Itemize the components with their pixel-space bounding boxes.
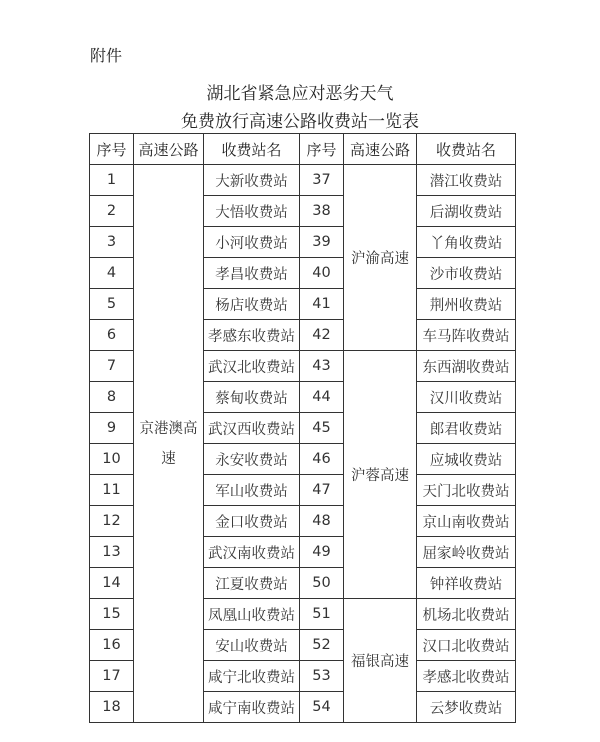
row-number-right: 49 <box>300 537 344 568</box>
document-title-line-1: 湖北省紧急应对恶劣天气 <box>0 79 600 104</box>
attachment-label: 附件 <box>90 43 122 66</box>
table-header-row: 序号 高速公路 收费站名 序号 高速公路 收费站名 <box>90 134 516 165</box>
document-title-line-2: 免费放行高速公路收费站一览表 <box>0 107 600 132</box>
row-number-left: 8 <box>90 382 134 413</box>
station-name-left: 蔡甸收费站 <box>204 382 300 413</box>
header-right-highway: 高速公路 <box>344 134 417 165</box>
row-number-left: 12 <box>90 506 134 537</box>
station-name-right: 云梦收费站 <box>417 692 516 723</box>
station-name-left: 咸宁北收费站 <box>204 661 300 692</box>
row-number-left: 6 <box>90 320 134 351</box>
station-name-right: 沙市收费站 <box>417 258 516 289</box>
station-name-right: 潜江收费站 <box>417 165 516 196</box>
station-name-left: 军山收费站 <box>204 475 300 506</box>
header-left-no: 序号 <box>90 134 134 165</box>
station-name-left: 小河收费站 <box>204 227 300 258</box>
row-number-left: 15 <box>90 599 134 630</box>
row-number-left: 17 <box>90 661 134 692</box>
station-name-right: 汉川收费站 <box>417 382 516 413</box>
row-number-right: 39 <box>300 227 344 258</box>
station-name-left: 咸宁南收费站 <box>204 692 300 723</box>
station-name-left: 孝昌收费站 <box>204 258 300 289</box>
header-left-station: 收费站名 <box>204 134 300 165</box>
station-name-left: 安山收费站 <box>204 630 300 661</box>
row-number-right: 47 <box>300 475 344 506</box>
station-name-right: 丫角收费站 <box>417 227 516 258</box>
row-number-right: 37 <box>300 165 344 196</box>
station-name-right: 应城收费站 <box>417 444 516 475</box>
station-name-left: 杨店收费站 <box>204 289 300 320</box>
row-number-right: 45 <box>300 413 344 444</box>
table-row: 1京港澳高速大新收费站37沪渝高速潜江收费站 <box>90 165 516 196</box>
row-number-right: 53 <box>300 661 344 692</box>
station-name-left: 孝感东收费站 <box>204 320 300 351</box>
row-number-right: 54 <box>300 692 344 723</box>
row-number-right: 40 <box>300 258 344 289</box>
station-name-right: 荆州收费站 <box>417 289 516 320</box>
row-number-right: 38 <box>300 196 344 227</box>
row-number-right: 48 <box>300 506 344 537</box>
station-name-left: 永安收费站 <box>204 444 300 475</box>
station-name-right: 后湖收费站 <box>417 196 516 227</box>
station-name-right: 京山南收费站 <box>417 506 516 537</box>
highway-name-right: 福银高速 <box>344 599 417 723</box>
station-name-right: 钟祥收费站 <box>417 568 516 599</box>
row-number-left: 7 <box>90 351 134 382</box>
row-number-left: 11 <box>90 475 134 506</box>
row-number-right: 50 <box>300 568 344 599</box>
row-number-left: 2 <box>90 196 134 227</box>
row-number-left: 10 <box>90 444 134 475</box>
row-number-left: 3 <box>90 227 134 258</box>
header-right-no: 序号 <box>300 134 344 165</box>
station-name-left: 武汉南收费站 <box>204 537 300 568</box>
station-name-right: 车马阵收费站 <box>417 320 516 351</box>
row-number-left: 9 <box>90 413 134 444</box>
station-name-left: 武汉北收费站 <box>204 351 300 382</box>
header-right-station: 收费站名 <box>417 134 516 165</box>
row-number-left: 4 <box>90 258 134 289</box>
row-number-right: 46 <box>300 444 344 475</box>
row-number-right: 42 <box>300 320 344 351</box>
station-name-right: 汉口北收费站 <box>417 630 516 661</box>
highway-name-right: 沪蓉高速 <box>344 351 417 599</box>
highway-name-left: 京港澳高速 <box>134 165 204 723</box>
row-number-left: 18 <box>90 692 134 723</box>
row-number-right: 51 <box>300 599 344 630</box>
station-name-left: 大悟收费站 <box>204 196 300 227</box>
row-number-left: 13 <box>90 537 134 568</box>
station-name-right: 机场北收费站 <box>417 599 516 630</box>
header-left-highway: 高速公路 <box>134 134 204 165</box>
row-number-left: 1 <box>90 165 134 196</box>
station-name-right: 孝感北收费站 <box>417 661 516 692</box>
toll-station-table: 序号 高速公路 收费站名 序号 高速公路 收费站名 1京港澳高速大新收费站37沪… <box>89 133 516 723</box>
row-number-left: 5 <box>90 289 134 320</box>
station-name-left: 武汉西收费站 <box>204 413 300 444</box>
station-name-right: 屈家岭收费站 <box>417 537 516 568</box>
row-number-right: 52 <box>300 630 344 661</box>
row-number-right: 43 <box>300 351 344 382</box>
row-number-right: 41 <box>300 289 344 320</box>
station-name-left: 金口收费站 <box>204 506 300 537</box>
station-name-left: 凤凰山收费站 <box>204 599 300 630</box>
row-number-left: 16 <box>90 630 134 661</box>
station-name-left: 江夏收费站 <box>204 568 300 599</box>
station-name-right: 天门北收费站 <box>417 475 516 506</box>
highway-name-right: 沪渝高速 <box>344 165 417 351</box>
station-name-left: 大新收费站 <box>204 165 300 196</box>
row-number-left: 14 <box>90 568 134 599</box>
station-name-right: 郎君收费站 <box>417 413 516 444</box>
station-name-right: 东西湖收费站 <box>417 351 516 382</box>
row-number-right: 44 <box>300 382 344 413</box>
